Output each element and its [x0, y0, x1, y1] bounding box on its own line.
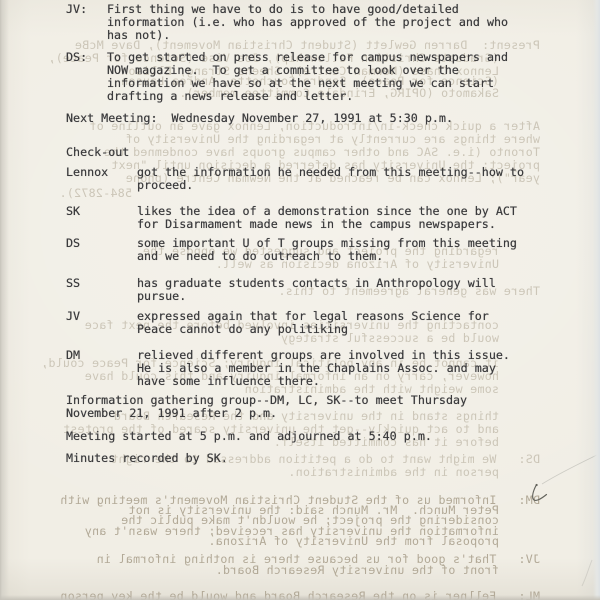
discussion-entry-jv: JV: First thing we have to do is to have… — [66, 3, 564, 42]
bleed-through-line: JV: That's good for us because there is … — [97, 553, 541, 566]
info-gathering-line: Information gathering group--DM, LC, SK-… — [66, 394, 467, 420]
entry-text: got the information he needed from this … — [137, 166, 564, 192]
stray-smudge-mark — [580, 558, 596, 588]
entry-text: relieved different groups are involved i… — [137, 349, 564, 388]
bleed-through-line: considering the project; he wouldn't mak… — [121, 514, 499, 527]
meeting-times-line: Meeting started at 5 p.m. and adjourned … — [66, 430, 432, 443]
checkout-entry-lennox: Lennox got the information he needed fro… — [66, 166, 564, 192]
pen-mark-annotation — [515, 448, 600, 510]
bleed-through-line: ML: Fellner is on the Research Board and… — [60, 590, 540, 600]
bleed-through-line: front of the university Research Board. — [215, 564, 499, 577]
checkout-entry-sk: SK likes the idea of a demonstration sin… — [66, 205, 564, 231]
next-meeting-line: Next Meeting: Wednesday November 27, 199… — [66, 112, 453, 125]
scanned-minutes-page: Present: Darren Gewlett (Student Christi… — [0, 0, 600, 600]
checkout-heading: Check-out — [66, 146, 129, 159]
checkout-entry-ss: SS has graduate students contacts in Ant… — [66, 277, 564, 303]
speaker-label: DM — [66, 349, 80, 362]
speaker-label: Lennox — [66, 166, 108, 179]
bleed-through-line: person in the administration. — [288, 466, 499, 479]
entry-text: some important U of T groups missing fro… — [137, 237, 564, 263]
bleed-through-line: information the university has received;… — [85, 525, 499, 538]
entry-text: has graduate students contacts in Anthro… — [137, 277, 564, 303]
bleed-through-line: Peter Munch. Mr. Munch said: the univers… — [128, 504, 499, 517]
bleed-through-line: proposal from the University of Arizona. — [208, 535, 499, 548]
bleed-through-line: DM: Informed us of the Student Christian… — [60, 494, 540, 507]
checkout-entry-jv: JV expressed again that for legal reason… — [66, 310, 564, 336]
speaker-label: JV: — [66, 3, 87, 16]
bleed-through-line: where things are currently at regarding … — [126, 133, 540, 146]
checkout-entry-dm: DM relieved different groups are involve… — [66, 349, 564, 388]
entry-text: First thing we have to do is to have goo… — [107, 3, 564, 42]
entry-text: likes the idea of a demonstration since … — [137, 205, 564, 231]
entry-text: To get started on press release for camp… — [107, 51, 564, 103]
speaker-label: DS: — [66, 51, 87, 64]
page-left-edge — [0, 0, 9, 600]
speaker-label: SK — [66, 205, 80, 218]
speaker-label: SS — [66, 277, 80, 290]
page-right-edge — [593, 0, 600, 600]
speaker-label: JV — [66, 310, 80, 323]
speaker-label: DS — [66, 237, 80, 250]
discussion-entry-ds: DS: To get started on press release for … — [66, 51, 564, 103]
recorded-by-line: Minutes recorded by SK. — [66, 452, 228, 465]
page-bottom-edge — [0, 595, 600, 600]
bleed-through-line: Toronto (i.e. SAC and other campus group… — [104, 146, 540, 159]
checkout-entry-ds: DS some important U of T groups missing … — [66, 237, 564, 263]
entry-text: expressed again that for legal reasons S… — [137, 310, 564, 336]
